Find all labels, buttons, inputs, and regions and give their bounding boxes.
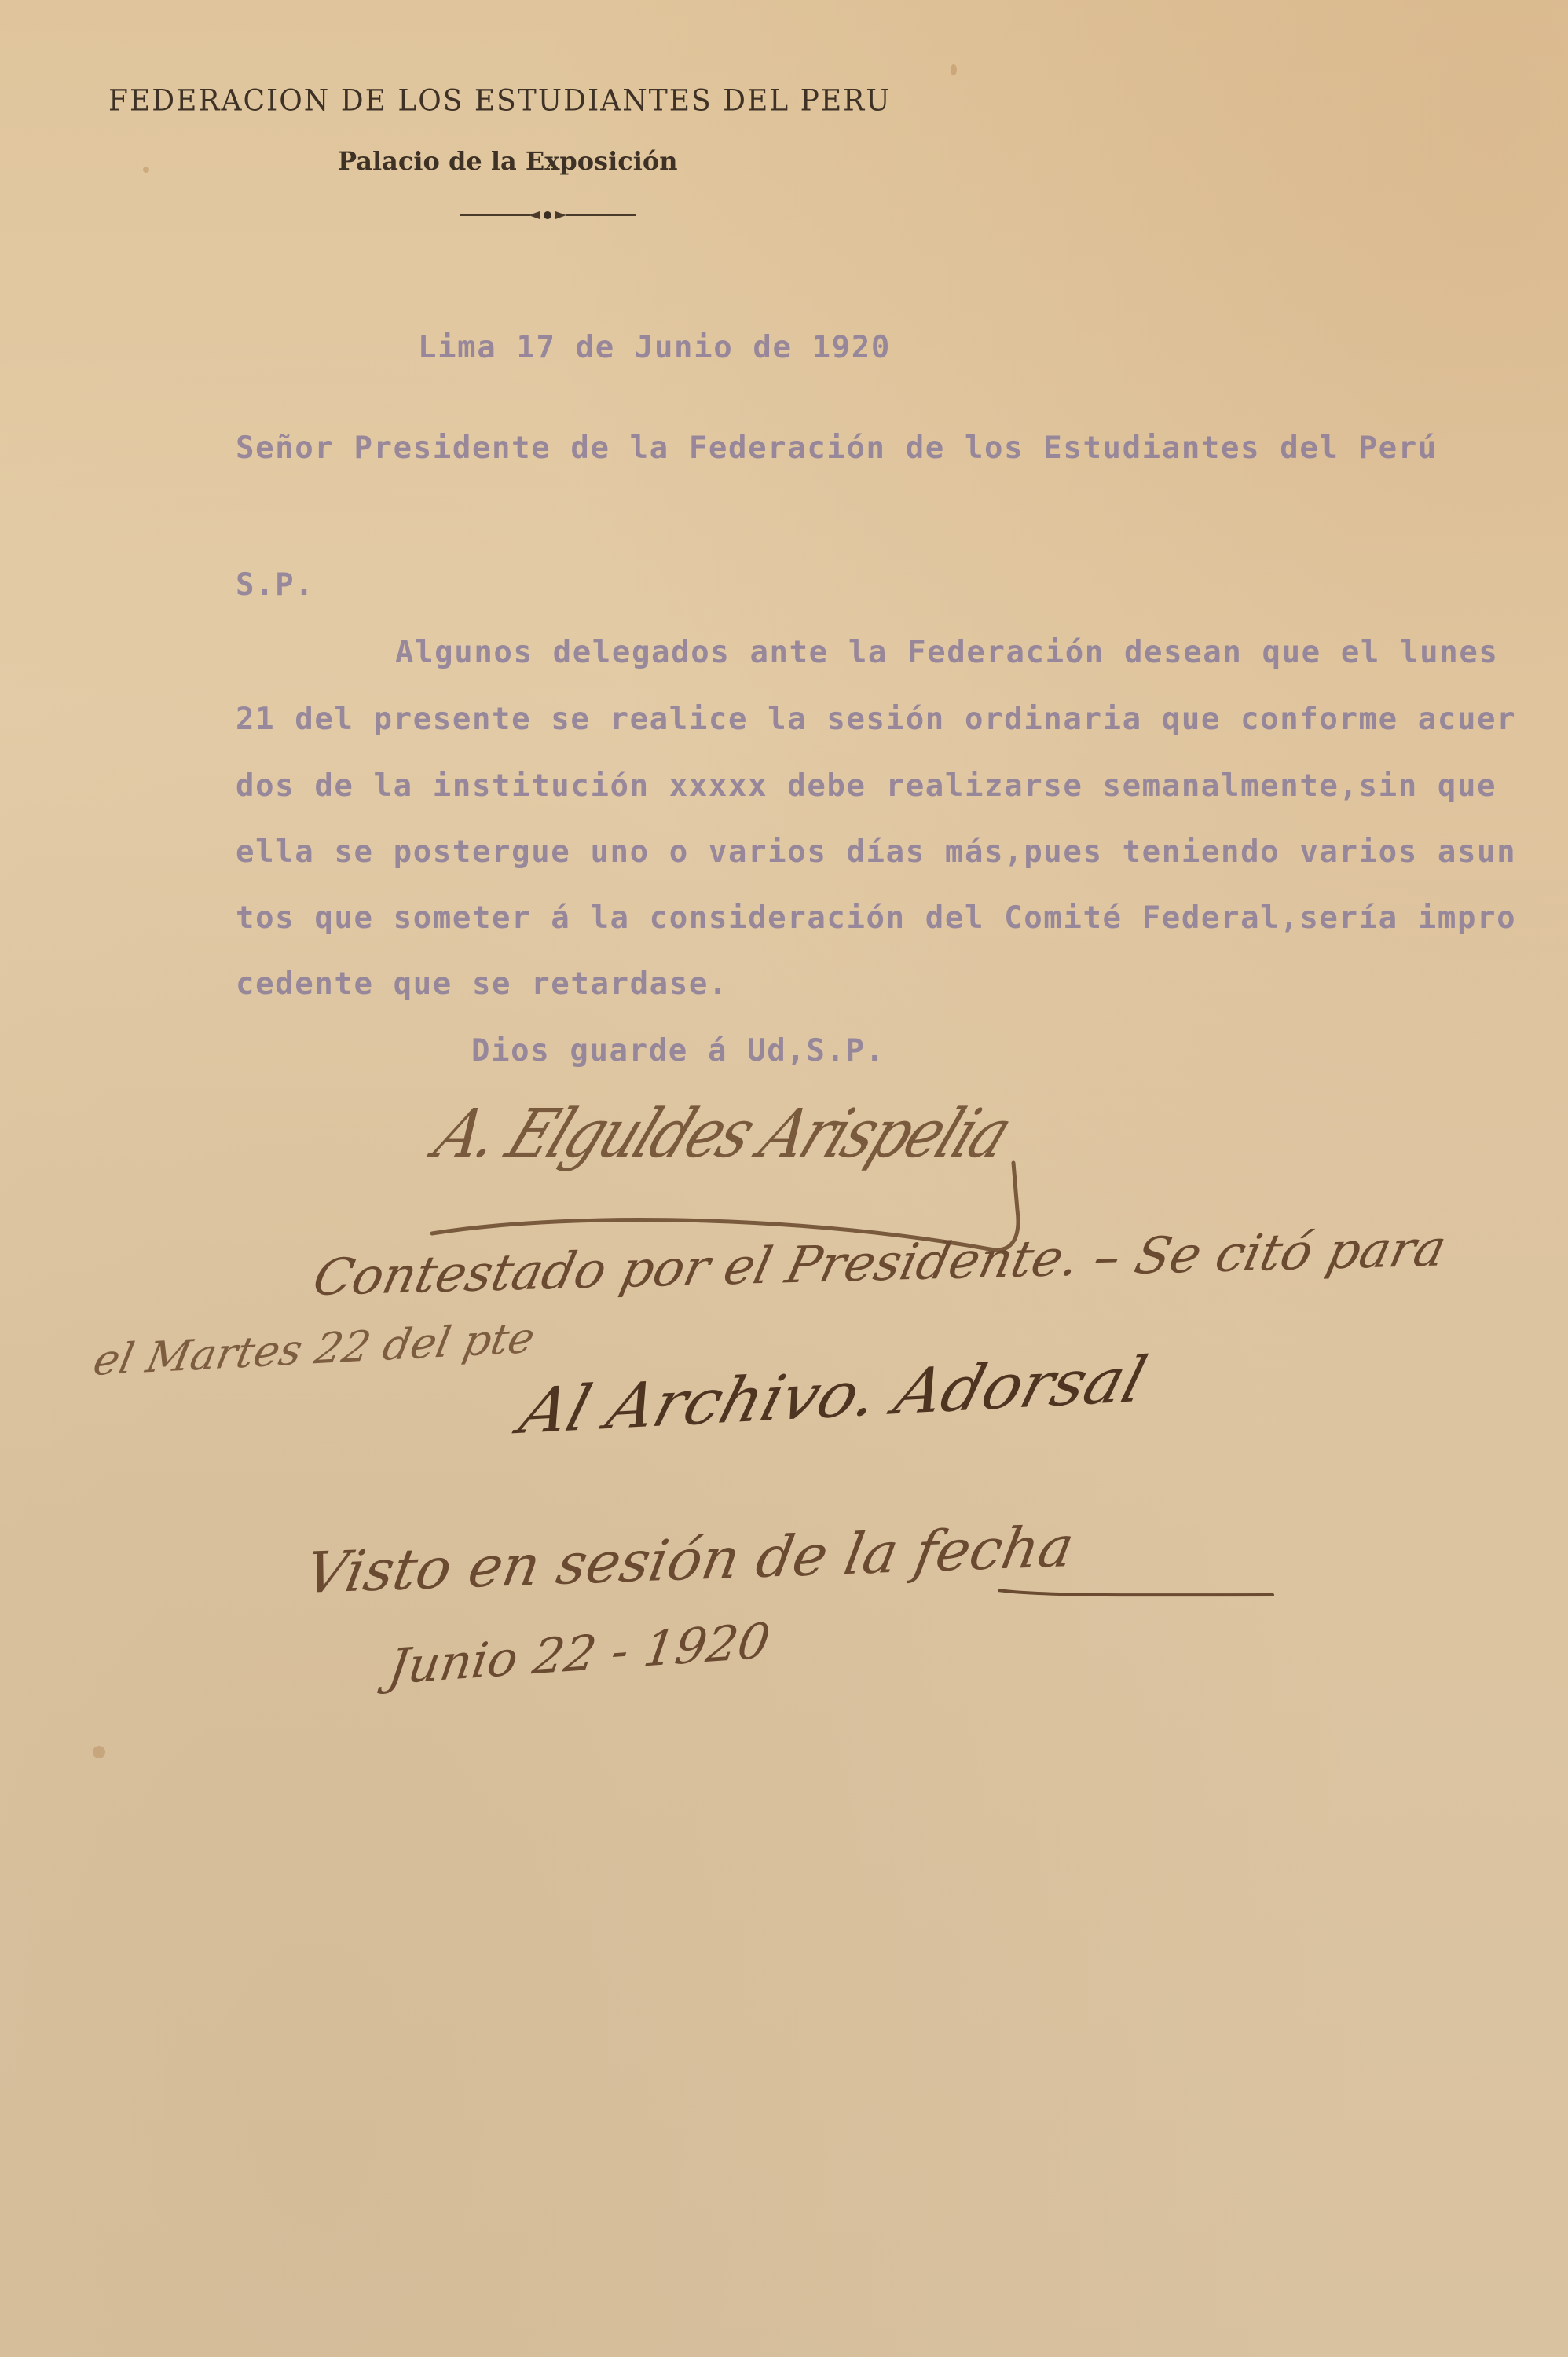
closing-line: Dios guarde á Ud,S.P. [471, 1033, 885, 1069]
session-date: Junio 22 - 1920 [385, 1612, 774, 1695]
handwritten-annotation: el Martes 22 del pte [90, 1313, 539, 1385]
body-line: dos de la institución xxxxx debe realiza… [236, 768, 1497, 804]
paper-stain [143, 167, 149, 173]
paper-stain [93, 1746, 105, 1758]
recipient-line: Señor Presidente de la Federación de los… [236, 431, 1438, 466]
letterhead-organization: FEDERACION DE LOS ESTUDIANTES DEL PERU [108, 84, 892, 118]
archive-note: Al Archivo. Adorsal [512, 1343, 1154, 1448]
body-line: ella se postergue uno o varios días más,… [236, 834, 1516, 870]
place-date: Lima 17 de Junio de 1920 [418, 330, 891, 365]
body-line: tos que someter á la consideración del C… [236, 900, 1516, 936]
body-line: 21 del presente se realice la sesión ord… [236, 702, 1516, 737]
ornament-divider-icon [460, 211, 636, 220]
session-note: Visto en sesión de la fecha [301, 1513, 1079, 1606]
letterhead-address: Palacio de la Exposición [338, 146, 677, 176]
body-line: Algunos delegados ante la Federación des… [395, 635, 1498, 670]
body-line: cedente que se retardase. [236, 966, 728, 1002]
paper-stain [951, 64, 957, 75]
letter-document: FEDERACION DE LOS ESTUDIANTES DEL PERU P… [0, 0, 1568, 2357]
honorific: S.P. [236, 567, 314, 603]
underline-stroke-icon [998, 1585, 1280, 1601]
